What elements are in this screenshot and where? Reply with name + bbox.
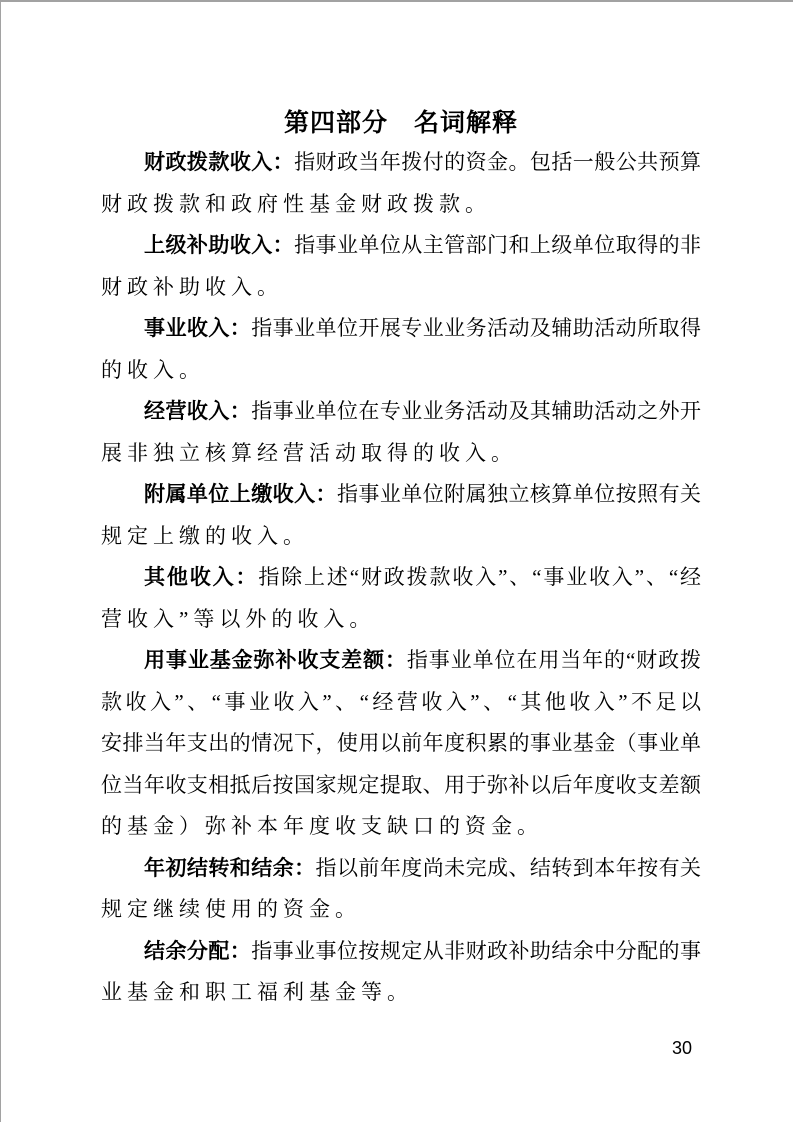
paragraph-line: 上级补助收入：指事业单位从主管部门和上级单位取得的非: [101, 225, 701, 267]
definitions-body: 财政拨款收入：指财政当年拨付的资金。包括一般公共预算 财政拨款和政府性基金财政拨…: [101, 142, 701, 1014]
definition-term: 经营收入：: [144, 399, 251, 423]
paragraph-line: 结余分配：指事业事位按规定从非财政补助结余中分配的事: [101, 931, 701, 973]
page-number: 30: [672, 1038, 692, 1058]
paragraph-line: 财政拨款和政府性基金财政拨款。: [101, 184, 701, 226]
paragraph-line: 规定继续使用的资金。: [101, 889, 701, 931]
definition-term: 事业收入：: [144, 316, 251, 340]
definition-term: 财政拨款收入：: [144, 150, 294, 174]
definition-term: 结余分配：: [144, 939, 251, 963]
definition-text: 指事业单位在专业业务活动及其辅助活动之外开: [251, 399, 701, 423]
paragraph-line: 的收入。: [101, 350, 701, 392]
paragraph-line: 安排当年支出的情况下，使用以前年度积累的事业基金（事业单: [101, 723, 701, 765]
paragraph-line: 位当年收支相抵后按国家规定提取、用于弥补以后年度收支差额: [101, 765, 701, 807]
definition-term: 其他收入：: [144, 565, 258, 589]
definition-term: 上级补助收入：: [144, 233, 294, 257]
definition-text: 指事业单位在用当年的“财政拨: [407, 648, 701, 672]
paragraph-line: 规定上缴的收入。: [101, 516, 701, 558]
definition-term: 附属单位上缴收入：: [144, 482, 337, 506]
paragraph-line: 款收入”、“事业收入”、“经营收入”、“其他收入”不足以: [101, 682, 701, 724]
definition-term: 用事业基金弥补收支差额：: [144, 648, 407, 672]
definition-term: 年初结转和结余：: [144, 856, 316, 880]
paragraph-line: 财政拨款收入：指财政当年拨付的资金。包括一般公共预算: [101, 142, 701, 184]
definition-text: 指以前年度尚未完成、结转到本年按有关: [316, 856, 701, 880]
definition-text: 指除上述“财政拨款收入”、“事业收入”、“经: [258, 565, 701, 589]
paragraph-line: 经营收入：指事业单位在专业业务活动及其辅助活动之外开: [101, 391, 701, 433]
paragraph-line: 营收入”等以外的收入。: [101, 599, 701, 641]
definition-text: 指事业单位开展专业业务活动及辅助活动所取得: [251, 316, 701, 340]
definition-text: 指财政当年拨付的资金。包括一般公共预算: [294, 150, 701, 174]
paragraph-line: 业基金和职工福利基金等。: [101, 972, 701, 1014]
paragraph-line: 附属单位上缴收入：指事业单位附属独立核算单位按照有关: [101, 474, 701, 516]
paragraph-line: 的基金）弥补本年度收支缺口的资金。: [101, 806, 701, 848]
paragraph-line: 用事业基金弥补收支差额：指事业单位在用当年的“财政拨: [101, 640, 701, 682]
paragraph-line: 财政补助收入。: [101, 267, 701, 309]
paragraph-line: 其他收入：指除上述“财政拨款收入”、“事业收入”、“经: [101, 557, 701, 599]
definition-text: 指事业单位从主管部门和上级单位取得的非: [294, 233, 701, 257]
page-title: 第四部分 名词解释: [101, 102, 701, 143]
definition-text: 指事业单位附属独立核算单位按照有关: [337, 482, 701, 506]
definition-text: 指事业事位按规定从非财政补助结余中分配的事: [251, 939, 701, 963]
paragraph-line: 年初结转和结余：指以前年度尚未完成、结转到本年按有关: [101, 848, 701, 890]
paragraph-line: 事业收入：指事业单位开展专业业务活动及辅助活动所取得: [101, 308, 701, 350]
document-page: 第四部分 名词解释 财政拨款收入：指财政当年拨付的资金。包括一般公共预算 财政拨…: [0, 0, 793, 1122]
paragraph-line: 展非独立核算经营活动取得的收入。: [101, 433, 701, 475]
